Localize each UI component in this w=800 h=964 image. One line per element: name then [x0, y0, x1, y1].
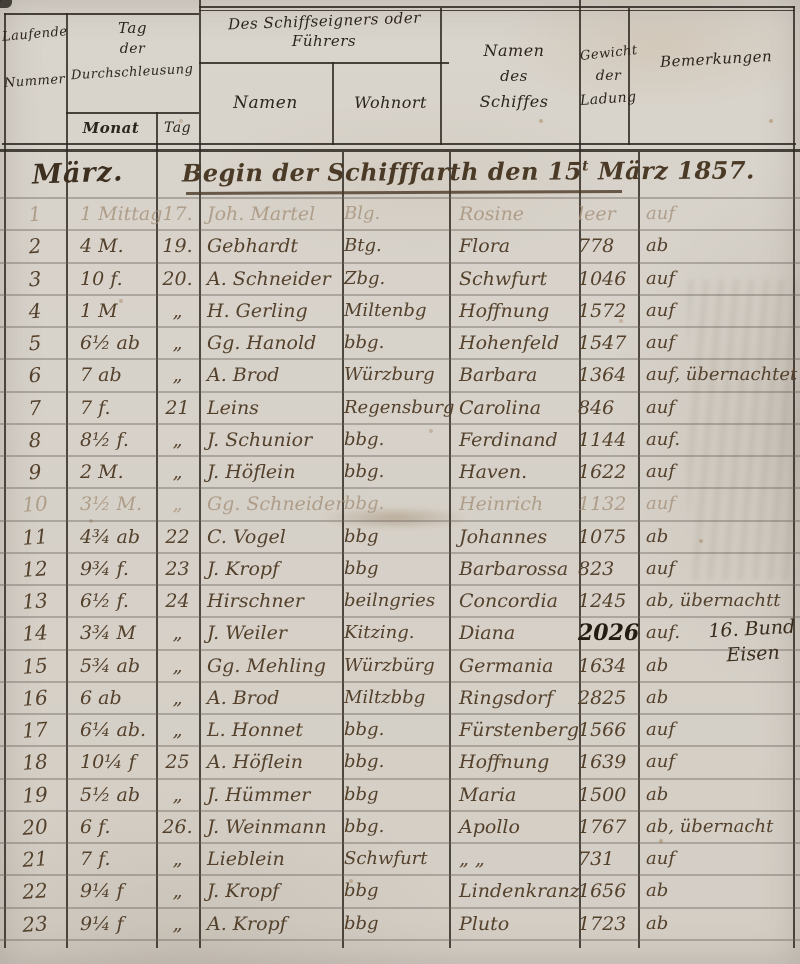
- cell-home: Btg.: [342, 231, 449, 261]
- cell-remark: auf: [638, 747, 794, 777]
- title-text-prefix: Begin der Schifffarth den 15: [182, 156, 582, 187]
- cell-home: Miltenbg: [342, 296, 449, 326]
- cell-weight: 1132: [578, 489, 638, 519]
- cell-remark: auf, übernachtet: [638, 360, 797, 390]
- header-weight-line3: Ladung: [580, 89, 638, 109]
- cell-home: bbg: [342, 554, 449, 584]
- cell-ship: Diana: [449, 618, 578, 648]
- header-remarks: Bemerkungen: [638, 8, 794, 140]
- cell-home: bbg.: [342, 489, 449, 519]
- cell-name: Joh. Martel: [199, 199, 342, 229]
- cell-weight: 1656: [578, 876, 638, 906]
- cell-weight: 1500: [578, 780, 638, 810]
- cell-day: 21: [156, 393, 199, 423]
- header-owner-line2: Führers: [292, 32, 356, 50]
- cell-remark: auf: [638, 199, 794, 229]
- cell-name: Gebhardt: [199, 231, 342, 261]
- cell-time: 3¾ M: [66, 618, 156, 648]
- cell-weight: 2825: [578, 683, 638, 713]
- ledger-row: 41 M„H. GerlingMiltenbgHoffnung1572auf: [4, 295, 794, 327]
- cell-time: 3½ M.: [66, 489, 156, 519]
- cell-no: 2: [3, 229, 67, 263]
- cell-no: 20: [3, 810, 67, 844]
- cell-home: Schwfurt: [342, 844, 449, 874]
- header-day-group: Tag der Durchschleusung: [66, 13, 199, 112]
- cell-ship: Barbarossa: [449, 554, 578, 584]
- ledger-row: 195½ ab„J. HümmerbbgMaria1500ab: [4, 779, 794, 811]
- cell-time: 7 f.: [66, 393, 156, 423]
- ledger-row: 129¾ f.23J. KropfbbgBarbarossa823auf: [4, 553, 794, 585]
- ledger-row: 11 Mittag17.Joh. MartelBlg.Rosineleerauf: [4, 198, 794, 230]
- cell-time: 7 f.: [66, 844, 156, 874]
- cell-no: 21: [3, 842, 67, 876]
- title-text-suffix: März 1857.: [589, 156, 755, 186]
- ledger-row: 103½ M.„Gg. Schneiderbbg.Heinrich1132auf: [4, 488, 794, 520]
- cell-day: 23: [156, 554, 199, 584]
- ledger-row: 92 M.„J. Höfleinbbg.Haven.1622auf: [4, 456, 794, 488]
- title-underline: [186, 190, 622, 195]
- cell-remark: auf: [638, 844, 794, 874]
- cell-no: 18: [3, 745, 67, 779]
- ledger-row: 114¾ ab22C. VogelbbgJohannes1075ab: [4, 521, 794, 553]
- header-month-label: Monat: [83, 119, 140, 137]
- ledger-row: 143¾ M„J. WeilerKitzing.Diana2026auf.16.…: [4, 617, 794, 649]
- cell-time: 5¾ ab: [66, 651, 156, 681]
- header-month: Monat: [66, 112, 156, 143]
- header-day-label: Tag: [164, 120, 191, 136]
- cell-remark: auf: [638, 715, 794, 745]
- cell-day: „: [156, 780, 199, 810]
- cell-remark: ab: [638, 876, 794, 906]
- cell-ship: Hoffnung: [449, 747, 578, 777]
- cell-name: A. Brod: [199, 683, 342, 713]
- cell-no: 10: [3, 487, 67, 521]
- cell-ship: Carolina: [449, 393, 578, 423]
- cell-ship: Lindenkranz: [449, 876, 578, 906]
- cell-time: 6 ab: [66, 683, 156, 713]
- cell-name: Gg. Mehling: [199, 651, 342, 681]
- ledger-row: 88½ f.„J. Schuniorbbg.Ferdinand1144auf.: [4, 424, 794, 456]
- cell-time: 8½ f.: [66, 425, 156, 455]
- cell-time: 6 f.: [66, 812, 156, 842]
- cell-day: „: [156, 618, 199, 648]
- cell-name: L. Honnet: [199, 715, 342, 745]
- cell-no: 22: [3, 874, 67, 908]
- table-horizontal-line: [0, 149, 800, 152]
- cell-time: 1 Mittag: [66, 199, 156, 229]
- cell-day: 22: [156, 522, 199, 552]
- ledger-page: Laufende Nummer Tag der Durchschleusung …: [0, 0, 800, 964]
- cell-no: 1: [3, 197, 67, 231]
- cell-no: 11: [3, 519, 67, 553]
- cell-ship: Heinrich: [449, 489, 578, 519]
- cell-no: 7: [3, 390, 67, 424]
- cell-day: „: [156, 328, 199, 358]
- cell-no: 5: [3, 326, 67, 360]
- cell-name: Gg. Schneider: [199, 489, 342, 519]
- ledger-row: 310 f.20.A. SchneiderZbg.Schwfurt1046auf: [4, 263, 794, 295]
- cell-time: 4¾ ab: [66, 522, 156, 552]
- header-weight-line1: Gewicht: [579, 43, 638, 64]
- cell-day: 19.: [156, 231, 199, 261]
- header-ship: Namen des Schiffes: [449, 10, 579, 142]
- header-day-group-line1: Tag: [118, 19, 147, 37]
- cell-day: „: [156, 876, 199, 906]
- cell-day: 20.: [156, 264, 199, 294]
- cell-day: „: [156, 360, 199, 390]
- ledger-row: 24 M.19.GebhardtBtg.Flora778ab: [4, 230, 794, 262]
- header-day: Tag: [156, 112, 199, 143]
- cell-weight: 778: [578, 231, 638, 261]
- cell-remark: ab: [638, 780, 794, 810]
- header-owner-name-label: Namen: [233, 93, 298, 113]
- cell-weight: 1572: [578, 296, 638, 326]
- cell-time: 9¾ f.: [66, 554, 156, 584]
- cell-time: 9¼ f: [66, 876, 156, 906]
- cell-weight: 1634: [578, 651, 638, 681]
- ledger-row: 1810¼ f25A. Höfleinbbg.Hoffnung1639auf: [4, 746, 794, 778]
- cell-time: 6¼ ab.: [66, 715, 156, 745]
- cell-weight: 1144: [578, 425, 638, 455]
- cell-day: „: [156, 844, 199, 874]
- cell-name: J. Weiler: [199, 618, 342, 648]
- cell-remark: auf: [638, 264, 794, 294]
- cell-weight: 1639: [578, 747, 638, 777]
- cell-ship: Haven.: [449, 457, 578, 487]
- ledger-row: 206 f.26.J. Weinmannbbg.Apollo1767ab, üb…: [4, 811, 794, 843]
- cell-remark: ab: [638, 683, 794, 713]
- scan-corner-mark: [0, 0, 12, 8]
- header-owner-line1: Des Schiffseigners oder: [227, 9, 420, 34]
- header-owner-residence: Wohnort: [332, 62, 449, 143]
- cell-no: 9: [3, 455, 67, 489]
- cell-remark: ab: [638, 909, 794, 939]
- cell-day: 24: [156, 586, 199, 616]
- cell-home: beilngries: [342, 586, 449, 616]
- cell-day: „: [156, 683, 199, 713]
- cell-home: bbg.: [342, 457, 449, 487]
- cell-ship: Ringsdorf: [449, 683, 578, 713]
- cell-day: „: [156, 909, 199, 939]
- header-owner-residence-label: Wohnort: [354, 93, 427, 112]
- title-text: Begin der Schifffarth den 15t März 1857.: [182, 156, 755, 188]
- cell-remark: auf.16. Bund Eisen: [638, 618, 794, 648]
- cell-name: Leins: [199, 393, 342, 423]
- cell-time: 7 ab: [66, 360, 156, 390]
- header-remarks-label: Bemerkungen: [659, 47, 772, 71]
- cell-name: Gg. Hanold: [199, 328, 342, 358]
- cell-remark: ab: [638, 231, 794, 261]
- cell-no: 12: [3, 552, 67, 586]
- cell-ship: Concordia: [449, 586, 578, 616]
- cell-day: 26.: [156, 812, 199, 842]
- header-number-line2: Nummer: [4, 72, 66, 91]
- cell-ship: Pluto: [449, 909, 578, 939]
- cell-home: Regensburg: [342, 393, 449, 423]
- cell-ship: Johannes: [449, 522, 578, 552]
- cell-home: bbg.: [342, 425, 449, 455]
- cell-weight: 823: [578, 554, 638, 584]
- cell-home: Würzburg: [342, 360, 449, 390]
- cell-home: Blg.: [342, 199, 449, 229]
- ledger-row: 155¾ ab„Gg. MehlingWürzbürgGermania1634a…: [4, 650, 794, 682]
- cell-remark: auf: [638, 554, 794, 584]
- table-rows: 11 Mittag17.Joh. MartelBlg.Rosineleerauf…: [4, 198, 794, 940]
- header-ship-line1: Namen: [484, 41, 545, 60]
- cell-day: „: [156, 651, 199, 681]
- cell-home: bbg: [342, 522, 449, 552]
- cell-time: 6½ f.: [66, 586, 156, 616]
- header-weight-line2: der: [596, 68, 621, 84]
- cell-time: 4 M.: [66, 231, 156, 261]
- cell-remark: ab: [638, 651, 794, 681]
- cell-remark: auf: [638, 489, 794, 519]
- cell-ship: „ „: [449, 844, 578, 874]
- ledger-row: 217 f.„LiebleinSchwfurt„ „731auf: [4, 843, 794, 875]
- cell-weight: 846: [578, 393, 638, 423]
- ledger-row: 166 ab„A. BrodMiltzbbgRingsdorf2825ab: [4, 682, 794, 714]
- cell-ship: Ferdinand: [449, 425, 578, 455]
- cell-weight: 1547: [578, 328, 638, 358]
- header-owner-name: Namen: [199, 62, 332, 143]
- cell-remark: auf.: [638, 425, 794, 455]
- cell-name: H. Gerling: [199, 296, 342, 326]
- cell-name: J. Kropf: [199, 876, 342, 906]
- cell-home: Miltzbbg: [342, 683, 449, 713]
- ledger-row: 176¼ ab.„L. Honnetbbg.Fürstenberg1566auf: [4, 714, 794, 746]
- cell-no: 13: [3, 584, 67, 618]
- cell-time: 10¼ f: [66, 747, 156, 777]
- cell-home: bbg.: [342, 328, 449, 358]
- ledger-row: 77 f.21LeinsRegensburgCarolina846auf: [4, 392, 794, 424]
- cell-name: A. Kropf: [199, 909, 342, 939]
- ledger-row: 67 ab„A. BrodWürzburgBarbara1364auf, übe…: [4, 359, 794, 391]
- cell-ship: Hoffnung: [449, 296, 578, 326]
- cell-home: bbg.: [342, 747, 449, 777]
- cell-day: „: [156, 425, 199, 455]
- cell-ship: Flora: [449, 231, 578, 261]
- cell-home: bbg: [342, 909, 449, 939]
- cell-weight: 1767: [578, 812, 638, 842]
- cell-no: 19: [3, 777, 67, 811]
- cell-name: Lieblein: [199, 844, 342, 874]
- cell-name: J. Kropf: [199, 554, 342, 584]
- cell-day: 25: [156, 747, 199, 777]
- title-month: März.: [31, 156, 123, 190]
- cell-weight: 1566: [578, 715, 638, 745]
- cell-time: 10 f.: [66, 264, 156, 294]
- header-day-group-line3: Durchschleusung: [71, 62, 194, 83]
- cell-name: J. Hümmer: [199, 780, 342, 810]
- cell-weight: 1723: [578, 909, 638, 939]
- cell-no: 15: [3, 648, 67, 682]
- cell-ship: Maria: [449, 780, 578, 810]
- cell-day: „: [156, 715, 199, 745]
- cell-weight: 2026: [578, 618, 638, 648]
- cell-ship: Germania: [449, 651, 578, 681]
- cell-weight: 1046: [578, 264, 638, 294]
- cell-ship: Schwfurt: [449, 264, 578, 294]
- header-weight: Gewicht der Ladung: [579, 10, 638, 142]
- cell-name: J. Weinmann: [199, 812, 342, 842]
- cell-weight: 731: [578, 844, 638, 874]
- cell-no: 3: [3, 261, 67, 295]
- cell-no: 6: [3, 358, 67, 392]
- cell-day: „: [156, 296, 199, 326]
- cell-weight: 1364: [578, 360, 638, 390]
- ledger-row: 239¼ f„A. KropfbbgPluto1723ab: [4, 908, 794, 940]
- cell-day: „: [156, 457, 199, 487]
- cell-name: A. Brod: [199, 360, 342, 390]
- cell-time: 2 M.: [66, 457, 156, 487]
- cell-remark: auf: [638, 393, 794, 423]
- cell-time: 1 M: [66, 296, 156, 326]
- ledger-row: 136½ f.24HirschnerbeilngriesConcordia124…: [4, 585, 794, 617]
- cell-home: Kitzing.: [342, 618, 449, 648]
- cell-no: 23: [3, 906, 67, 940]
- cell-remark: ab, übernachtt: [638, 586, 794, 616]
- cell-day: 17.: [156, 199, 199, 229]
- cell-remark: auf: [638, 457, 794, 487]
- cell-ship: Barbara: [449, 360, 578, 390]
- header-day-group-line2: der: [120, 41, 145, 57]
- table-horizontal-line: [2, 143, 796, 145]
- header-number-column: Laufende Nummer: [4, 13, 66, 143]
- cell-name: Hirschner: [199, 586, 342, 616]
- cell-weight: 1245: [578, 586, 638, 616]
- cell-ship: Hohenfeld: [449, 328, 578, 358]
- header-owner-group: Des Schiffseigners oder Führers: [199, 12, 449, 62]
- cell-no: 16: [3, 681, 67, 715]
- cell-remark: auf: [638, 296, 794, 326]
- cell-name: A. Höflein: [199, 747, 342, 777]
- cell-time: 5½ ab: [66, 780, 156, 810]
- ledger-row: 56½ ab„Gg. Hanoldbbg.Hohenfeld1547auf: [4, 327, 794, 359]
- cell-ship: Rosine: [449, 199, 578, 229]
- cell-home: Zbg.: [342, 264, 449, 294]
- cell-ship: Apollo: [449, 812, 578, 842]
- cell-ship: Fürstenberg: [449, 715, 578, 745]
- cell-time: 6½ ab: [66, 328, 156, 358]
- cell-no: 17: [3, 713, 67, 747]
- cell-day: „: [156, 489, 199, 519]
- cell-home: bbg: [342, 780, 449, 810]
- cell-home: bbg.: [342, 715, 449, 745]
- ledger-row: 229¼ f„J. KropfbbgLindenkranz1656ab: [4, 875, 794, 907]
- header-ship-line3: Schiffes: [480, 92, 549, 111]
- cell-home: bbg: [342, 876, 449, 906]
- cell-weight: 1622: [578, 457, 638, 487]
- cell-remark: auf: [638, 328, 794, 358]
- cell-no: 8: [3, 423, 67, 457]
- cell-weight: 1075: [578, 522, 638, 552]
- cell-name: A. Schneider: [199, 264, 342, 294]
- header-ship-line2: des: [500, 67, 528, 85]
- cell-name: J. Schunior: [199, 425, 342, 455]
- cell-remark: ab: [638, 522, 794, 552]
- cell-no: 14: [3, 616, 67, 650]
- cell-name: J. Höflein: [199, 457, 342, 487]
- cell-time: 9¼ f: [66, 909, 156, 939]
- cell-home: Würzbürg: [342, 651, 449, 681]
- header-number-line1: Laufende: [2, 24, 69, 45]
- cell-no: 4: [3, 294, 67, 328]
- cell-remark: ab, übernacht: [638, 812, 794, 842]
- cell-home: bbg.: [342, 812, 449, 842]
- cell-weight: leer: [578, 199, 638, 229]
- cell-name: C. Vogel: [199, 522, 342, 552]
